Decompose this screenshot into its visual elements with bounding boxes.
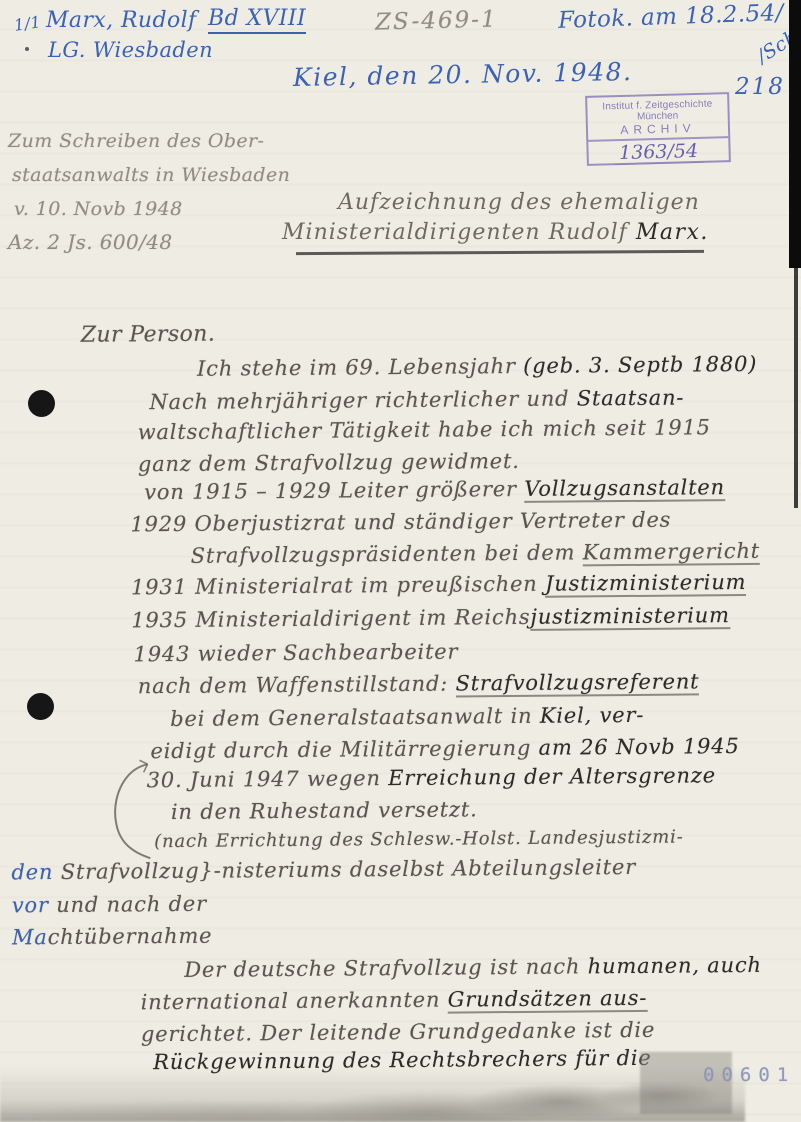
body-line-segment: humanen, auch bbox=[588, 953, 762, 979]
body-line-segment: international anerkannten bbox=[141, 988, 448, 1015]
body-line: eidigt durch die Militärregierung am 26 … bbox=[150, 734, 739, 763]
scan-edge-line bbox=[794, 268, 798, 508]
body-line: in den Ruhestand versetzt. bbox=[171, 797, 478, 824]
body-line-segment: (geb. 3. Septb 1880) bbox=[523, 352, 757, 378]
body-line-segment: 30. Juni 1947 wegen bbox=[147, 766, 389, 792]
scanned-document-page: 1/1 Marx, Rudolf Bd XVIII LG. Wiesbaden … bbox=[0, 0, 801, 1122]
body-line-segment: eidigt durch die Militärregierung bbox=[150, 736, 538, 763]
body-line-segment: nach dem Waffenstillstand: bbox=[138, 672, 456, 699]
body-line-segment: Ich stehe im 69. Lebensjahr bbox=[197, 354, 523, 381]
body-line-segment: bei dem Generalstaatsanwalt in bbox=[170, 704, 540, 731]
body-line-segment: 1929 Oberjustizrat und ständiger Vertret… bbox=[130, 508, 671, 537]
body-line-segment: und nach der bbox=[56, 892, 207, 917]
body-line: Der deutsche Strafvollzug ist nach human… bbox=[184, 953, 762, 982]
body-line-segment: in den Ruhestand versetzt. bbox=[171, 797, 478, 824]
body-line-segment: waltschaftlicher Tätigkeit habe ich mich… bbox=[138, 415, 711, 444]
body-line: Strafvollzugspräsidenten bei dem Kammerg… bbox=[191, 539, 760, 568]
body-line-segment: Grundsätzen aus- bbox=[448, 986, 648, 1014]
body-line: international anerkannten Grundsätzen au… bbox=[141, 986, 648, 1014]
body-line: 1931 Ministerialrat im preußischen Justi… bbox=[131, 570, 746, 599]
margin-word-blue: Ma bbox=[12, 925, 48, 949]
body-line-segment: von 1915 – 1929 Leiter größerer bbox=[144, 477, 524, 504]
body-line-segment: Kiel, ver- bbox=[540, 703, 645, 728]
body-line-segment: Kammergericht bbox=[583, 539, 760, 567]
body-line-segment: 1935 Ministerialdirigent im Reichs bbox=[131, 605, 530, 632]
body-line-segment: Erreichung der Altersgrenze bbox=[388, 763, 716, 790]
body-line: Ich stehe im 69. Lebensjahr (geb. 3. Sep… bbox=[197, 352, 757, 381]
body-heading: Zur Person. bbox=[81, 322, 216, 348]
body-line: gerichtet. Der leitende Grundgedanke ist… bbox=[141, 1018, 655, 1046]
body-line: vor und nach der bbox=[12, 892, 207, 918]
body-line-segment: Nach mehrjähriger richterlicher und bbox=[149, 386, 577, 414]
body-line: nach dem Waffenstillstand: Strafvollzugs… bbox=[138, 669, 700, 698]
flourish-curve bbox=[106, 760, 167, 865]
body-line: waltschaftlicher Tätigkeit habe ich mich… bbox=[138, 415, 711, 444]
body-line: 1929 Oberjustizrat und ständiger Vertret… bbox=[130, 508, 671, 537]
body-line-segment: gerichtet. Der leitende Grundgedanke ist… bbox=[141, 1018, 655, 1046]
body-line-segment: Strafvollzugspräsidenten bei dem bbox=[191, 540, 583, 567]
body-line: 30. Juni 1947 wegen Erreichung der Alter… bbox=[147, 763, 716, 792]
body-line-segment: 1931 Ministerialrat im preußischen bbox=[131, 572, 545, 600]
scan-blotch bbox=[0, 1066, 745, 1122]
body-line-segment: Justizministerium bbox=[545, 570, 746, 598]
body-line: den Strafvollzug}-nisteriums daselbst Ab… bbox=[11, 855, 636, 884]
body-line: 1943 wieder Sachbearbeiter bbox=[133, 639, 458, 666]
body-line-segment: justizministerium bbox=[530, 603, 730, 631]
body-line: ganz dem Strafvollzug gewidmet. bbox=[138, 449, 520, 476]
body-line-segment: Vollzugsanstalten bbox=[524, 475, 725, 503]
body-line: (nach Errichtung des Schlesw.-Holst. Lan… bbox=[154, 827, 684, 853]
body-line-segment: (nach Errichtung des Schlesw.-Holst. Lan… bbox=[154, 827, 684, 853]
body-line: bei dem Generalstaatsanwalt in Kiel, ver… bbox=[170, 703, 644, 731]
body-line-segment: 1943 wieder Sachbearbeiter bbox=[133, 639, 458, 666]
margin-word-blue: vor bbox=[12, 893, 57, 917]
margin-word-blue: den bbox=[11, 860, 60, 884]
body-line-segment: ganz dem Strafvollzug gewidmet. bbox=[138, 449, 520, 476]
scan-edge-band bbox=[789, 0, 801, 268]
body-line-segment: Strafvollzugsreferent bbox=[455, 669, 699, 697]
footer-stamp-number: 00601 bbox=[703, 1064, 795, 1086]
body-line-segment: chtübernahme bbox=[48, 924, 213, 949]
body-line: 1935 Ministerialdirigent im Reichsjustiz… bbox=[131, 603, 730, 632]
body-line-segment: Der deutsche Strafvollzug ist nach bbox=[184, 954, 588, 982]
body-line-segment: am 26 Novb 1945 bbox=[539, 734, 740, 760]
body-line: Nach mehrjähriger richterlicher und Staa… bbox=[149, 386, 684, 415]
body-line: Machtübernahme bbox=[12, 924, 212, 950]
body-line: von 1915 – 1929 Leiter größerer Vollzugs… bbox=[144, 475, 725, 504]
body-block: Zur Person. Ich stehe im 69. Lebensjahr … bbox=[0, 0, 801, 1122]
body-line-segment: Staatsan- bbox=[577, 386, 685, 411]
